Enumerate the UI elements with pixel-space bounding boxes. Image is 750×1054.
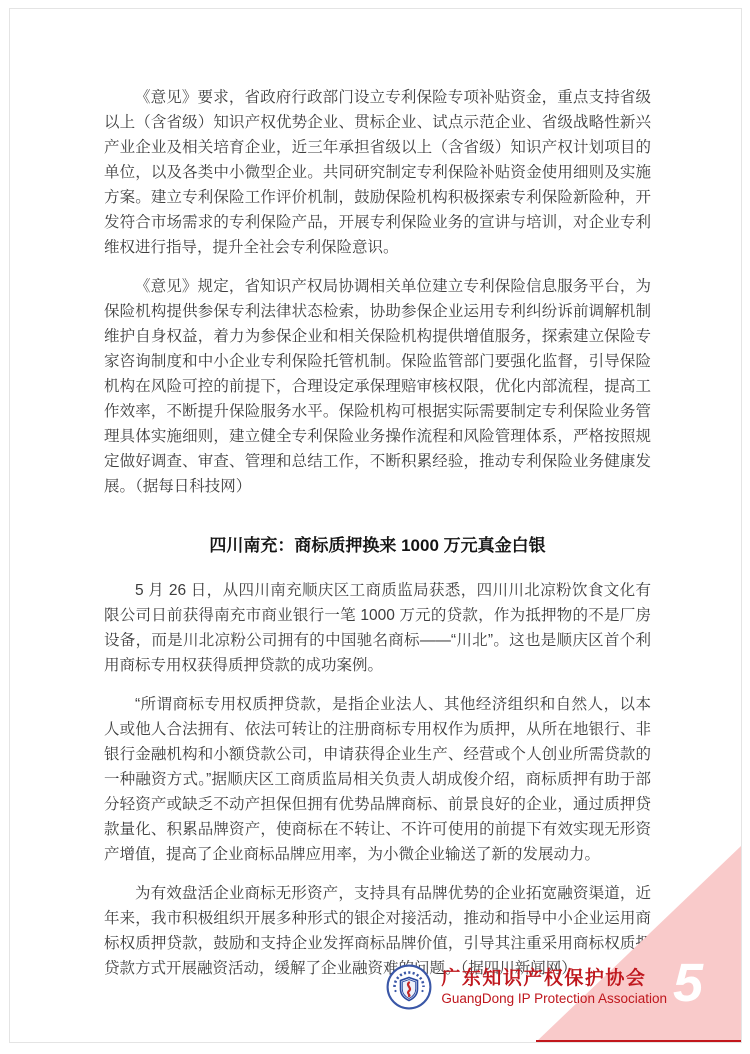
- paragraph: 《意见》要求，省政府行政部门设立专利保险专项补贴资金，重点支持省级以上（含省级）…: [104, 85, 651, 260]
- footer-accent-line: [536, 1040, 741, 1042]
- org-name-english: GuangDong IP Protection Association: [441, 990, 667, 1007]
- document-page: 《意见》要求，省政府行政部门设立专利保险专项补贴资金，重点支持省级以上（含省级）…: [9, 8, 742, 1043]
- ip-association-seal-icon: [386, 964, 432, 1010]
- paragraph: 《意见》规定，省知识产权局协调相关单位建立专利保险信息服务平台，为保险机构提供参…: [104, 274, 651, 499]
- footer: 广东知识产权保护协会 GuangDong IP Protection Assoc…: [386, 964, 667, 1010]
- document-content: 《意见》要求，省政府行政部门设立专利保险专项补贴资金，重点支持省级以上（含省级）…: [104, 85, 651, 995]
- paragraph: “所谓商标专用权质押贷款，是指企业法人、其他经济组织和自然人，以本人或他人合法拥…: [104, 692, 651, 867]
- page-number: 5: [673, 956, 703, 1010]
- org-names: 广东知识产权保护协会 GuangDong IP Protection Assoc…: [441, 967, 667, 1007]
- paragraph: 5 月 26 日，从四川南充顺庆区工商质监局获悉，四川川北凉粉饮食文化有限公司日…: [104, 578, 651, 678]
- org-name-chinese: 广东知识产权保护协会: [441, 967, 646, 990]
- article-title: 四川南充：商标质押换来 1000 万元真金白银: [104, 533, 651, 558]
